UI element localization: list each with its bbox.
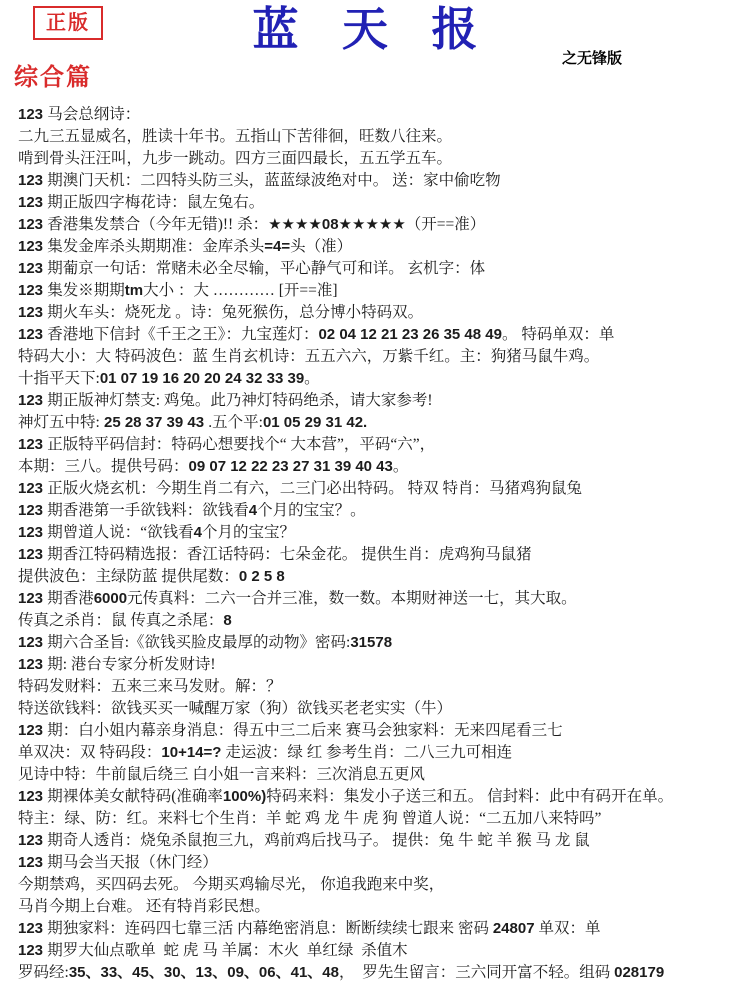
- text-segment: .五个平:: [208, 414, 263, 431]
- report-line: 123 马会总纲诗：: [18, 104, 724, 126]
- report-line: 123 期葡京一句话：常赌未必全尽输，平心静气可和详。 玄机字：体: [18, 258, 724, 280]
- report-line: 123 期澳门天机：二四特头防三头，蓝蓝绿波绝对中。 送：家中偷吃物: [18, 170, 724, 192]
- bold-text-segment: 123: [18, 194, 47, 211]
- report-line: 123 期: 港台专家分析发财诗!: [18, 654, 724, 676]
- report-line: 特码大小：大 特码波色：蓝 生肖玄机诗：五五六六，万紫千红。主：狗猪马鼠牛鸡。: [18, 346, 724, 368]
- text-segment: 期: 港台专家分析发财诗!: [47, 656, 215, 673]
- bold-text-segment: 123: [18, 942, 47, 959]
- edition-label: 之无锋版: [562, 47, 622, 68]
- text-segment: 马肖今期上台难。 还有特肖彩民想。: [18, 898, 270, 915]
- report-line: 123 期曾道人说：“欲钱看4个月的宝宝？: [18, 522, 724, 544]
- text-segment: 。 特码单双：单: [502, 326, 614, 343]
- bold-text-segment: 4: [249, 502, 257, 519]
- text-segment: 期葡京一句话：常赌未必全尽输，平心静气可和详。 玄机字：体: [47, 260, 485, 277]
- text-segment: 期香港: [47, 590, 94, 607]
- report-line: 单双决：双 特码段：10+14=? 走运波：绿 红 参考生肖：二八三九可相连: [18, 742, 724, 764]
- bold-text-segment: 0 2 5 8: [239, 568, 285, 585]
- bold-text-segment: 25 28 37 39 43: [100, 414, 208, 431]
- bold-text-segment: 8: [223, 612, 231, 629]
- bold-text-segment: 123: [18, 282, 47, 299]
- report-line: 123 香港集发禁合（今年无错)!! 杀：★★★★08★★★★★（开==准）: [18, 214, 724, 236]
- text-segment: 期香港第一手欲钱料：欲钱看: [47, 502, 249, 519]
- text-segment: 期罗大仙点歌单 蛇 虎 马 羊属：木火 单红绿 杀值木: [47, 942, 407, 959]
- text-segment: 期马会当天报（休门经）: [47, 854, 218, 871]
- report-line: 罗码经:35、33、45、30、13、09、06、41、48， 罗先生留言：三六…: [18, 962, 724, 984]
- report-line: 123 期六合圣旨:《欲钱买脸皮最厚的动物》密码:31578: [18, 632, 724, 654]
- bold-text-segment: ★★★★08★★★★★: [268, 216, 406, 233]
- report-line: 马肖今期上台难。 还有特肖彩民想。: [18, 896, 724, 918]
- bold-text-segment: 123: [18, 304, 47, 321]
- text-segment: 元传真料：二六一合并三准，数一数。本期财神送一七，其大取。: [127, 590, 577, 607]
- bold-text-segment: 123: [18, 216, 47, 233]
- text-segment: 香港集发禁合（今年无错)!! 杀：: [47, 216, 268, 233]
- bold-text-segment: 123: [18, 238, 47, 255]
- bold-text-segment: 10+14=?: [161, 744, 221, 761]
- text-segment: 神灯五中特:: [18, 414, 100, 431]
- report-line: 123 期裸体美女献特码(准确率100%)特码来料：集发小子送三和五。 信封料：…: [18, 786, 724, 808]
- text-segment: 期奇人透肖：烧兔杀鼠抱三九，鸡前鸡后找马子。 提供：兔 牛 蛇 羊 猴 马 龙 …: [47, 832, 590, 849]
- report-line: 123 期香港6000元传真料：二六一合并三准，数一数。本期财神送一七，其大取。: [18, 588, 724, 610]
- bold-text-segment: 123: [18, 788, 47, 805]
- bold-text-segment: 123: [18, 656, 47, 673]
- bold-text-segment: 123: [18, 106, 47, 123]
- bold-text-segment: 123: [18, 722, 47, 739]
- bold-text-segment: 123: [18, 326, 47, 343]
- bold-text-segment: 35、33、45、30、13、09、06、41、48: [69, 964, 339, 981]
- bold-text-segment: 100%): [223, 788, 266, 805]
- text-segment: 期火车头：烧死龙 。诗：兔死猴伤，总分博小特码双。: [47, 304, 423, 321]
- text-segment: 期正版神灯禁支: 鸡兔。此乃神灯特码绝杀，请大家参考!: [47, 392, 432, 409]
- text-segment: 走运波：绿 红 参考生肖：二八三九可相连: [221, 744, 512, 761]
- text-segment: 期：白小姐内幕亲身消息：得五中三二后来 赛马会独家料：无来四尾看三七: [47, 722, 562, 739]
- bold-text-segment: 02 04 12 21 23 26 35 48 49: [318, 326, 502, 343]
- bold-text-segment: 123: [18, 502, 47, 519]
- bold-text-segment: 123: [18, 260, 47, 277]
- text-segment: 二九三五显威名，胜读十年书。五指山下苦徘徊，旺数八往来。: [18, 128, 452, 145]
- text-segment: 提供波色：主绿防蓝 提供尾数：: [18, 568, 239, 585]
- text-segment: 。: [304, 370, 320, 387]
- text-segment: 头（准）: [290, 238, 352, 255]
- bold-text-segment: 123: [18, 854, 47, 871]
- report-line: 十指平天下:01 07 19 16 20 20 24 32 33 39。: [18, 368, 724, 390]
- report-line: 提供波色：主绿防蓝 提供尾数：0 2 5 8: [18, 566, 724, 588]
- text-segment: 今期禁鸡，买四码去死。 今期买鸡输尽光， 你追我跑来中奖，: [18, 876, 444, 893]
- text-segment: 见诗中特：牛前鼠后绕三 白小姐一言来料：三次消息五更风: [18, 766, 425, 783]
- report-line: 123 期：白小姐内幕亲身消息：得五中三二后来 赛马会独家料：无来四尾看三七: [18, 720, 724, 742]
- bold-text-segment: 123: [18, 590, 47, 607]
- text-segment: ， 罗先生留言：三六同开富不轻。组码: [339, 964, 614, 981]
- text-segment: 传真之杀肖：鼠 传真之杀尾：: [18, 612, 223, 629]
- text-segment: 个月的宝宝？。: [257, 502, 366, 519]
- text-segment: 香港地下信封《千王之王》：九宝莲灯：: [47, 326, 318, 343]
- bold-text-segment: 123: [18, 436, 47, 453]
- bold-text-segment: 4: [194, 524, 202, 541]
- newspaper-page: 正版 蓝 天 报 之无锋版 综合篇 123 马会总纲诗：二九三五显威名，胜读十年…: [0, 0, 730, 992]
- bold-text-segment: 01 05 29 31 42.: [263, 414, 367, 431]
- report-line: 123 正版火烧玄机：今期生肖二有六，二三门必出特码。 特双 特肖：马猪鸡狗鼠兔: [18, 478, 724, 500]
- report-line: 特主：绿、防：红。来料七个生肖：羊 蛇 鸡 龙 牛 虎 狗 曾道人说：“二五加八…: [18, 808, 724, 830]
- bold-text-segment: 028179: [614, 964, 664, 981]
- text-segment: 本期：三八。提供号码：: [18, 458, 189, 475]
- text-segment: 期正版四字梅花诗：鼠左兔右。: [47, 194, 264, 211]
- report-line: 123 香港地下信封《千王之王》：九宝莲灯：02 04 12 21 23 26 …: [18, 324, 724, 346]
- text-segment: 个月的宝宝？: [202, 524, 295, 541]
- report-line: 特码发财料：五来三来马发财。解：？: [18, 676, 724, 698]
- report-line: 123 期奇人透肖：烧兔杀鼠抱三九，鸡前鸡后找马子。 提供：兔 牛 蛇 羊 猴 …: [18, 830, 724, 852]
- text-segment: 单双决：双 特码段：: [18, 744, 161, 761]
- report-line: 见诗中特：牛前鼠后绕三 白小姐一言来料：三次消息五更风: [18, 764, 724, 786]
- bold-text-segment: 123: [18, 832, 47, 849]
- report-line: 123 期独家料：连码四七靠三活 内幕绝密消息：断断续续七跟来 密码 24807…: [18, 918, 724, 940]
- report-line: 传真之杀肖：鼠 传真之杀尾：8: [18, 610, 724, 632]
- text-segment: 期曾道人说：“欲钱看: [47, 524, 193, 541]
- report-line: 123 期正版四字梅花诗：鼠左兔右。: [18, 192, 724, 214]
- text-segment: 罗码经:: [18, 964, 69, 981]
- report-line: 123 期香江特码精选报：香江话特码：七朵金花。 提供生肖：虎鸡狗马鼠猪: [18, 544, 724, 566]
- text-segment: 期裸体美女献特码(准确率: [47, 788, 223, 805]
- report-line: 123 期香港第一手欲钱料：欲钱看4个月的宝宝？。: [18, 500, 724, 522]
- text-segment: （开==准）: [406, 216, 485, 233]
- text-segment: 特主：绿、防：红。来料七个生肖：羊 蛇 鸡 龙 牛 虎 狗 曾道人说：“二五加八…: [18, 810, 601, 827]
- bold-text-segment: tm: [125, 282, 143, 299]
- report-line: 123 期马会当天报（休门经）: [18, 852, 724, 874]
- bold-text-segment: 123: [18, 546, 47, 563]
- bold-text-segment: 31578: [350, 634, 392, 651]
- text-segment: 正版火烧玄机：今期生肖二有六，二三门必出特码。 特双 特肖：马猪鸡狗鼠兔: [47, 480, 582, 497]
- text-segment: 特送欲钱料：欲钱买买一喊醒万家（狗）欲钱买老老实实（牛）: [18, 700, 452, 717]
- section-title: 综合篇: [14, 57, 92, 92]
- bold-text-segment: 123: [18, 920, 47, 937]
- text-segment: 十指平天下:: [18, 370, 100, 387]
- text-segment: 。: [393, 458, 409, 475]
- bold-text-segment: 123: [18, 524, 47, 541]
- text-segment: 期六合圣旨:《欲钱买脸皮最厚的动物》密码:: [47, 634, 350, 651]
- report-line: 二九三五显威名，胜读十年书。五指山下苦徘徊，旺数八往来。: [18, 126, 724, 148]
- report-line: 123 期正版神灯禁支: 鸡兔。此乃神灯特码绝杀，请大家参考!: [18, 390, 724, 412]
- report-line: 123 期火车头：烧死龙 。诗：兔死猴伤，总分博小特码双。: [18, 302, 724, 324]
- text-segment: 大小 ：大 ………… [开==准]: [143, 282, 337, 299]
- bold-text-segment: 01 07 19 16 20 20 24 32 33 39: [100, 370, 304, 387]
- report-line: 本期：三八。提供号码：09 07 12 22 23 27 31 39 40 43…: [18, 456, 724, 478]
- report-body: 123 马会总纲诗：二九三五显威名，胜读十年书。五指山下苦徘徊，旺数八往来。啃到…: [18, 104, 724, 984]
- text-segment: 马会总纲诗：: [47, 106, 140, 123]
- bold-text-segment: 24807: [493, 920, 535, 937]
- report-line: 123 期罗大仙点歌单 蛇 虎 马 羊属：木火 单红绿 杀值木: [18, 940, 724, 962]
- bold-text-segment: 6000: [94, 590, 127, 607]
- bold-text-segment: 123: [18, 634, 47, 651]
- bold-text-segment: 123: [18, 480, 47, 497]
- report-line: 神灯五中特: 25 28 37 39 43 .五个平:01 05 29 31 4…: [18, 412, 724, 434]
- text-segment: 特码发财料：五来三来马发财。解：？: [18, 678, 282, 695]
- text-segment: 期香江特码精选报：香江话特码：七朵金花。 提供生肖：虎鸡狗马鼠猪: [47, 546, 531, 563]
- text-segment: 集发金库杀头期期准：金库杀头: [47, 238, 264, 255]
- text-segment: 特码大小：大 特码波色：蓝 生肖玄机诗：五五六六，万紫千红。主：狗猪马鼠牛鸡。: [18, 348, 599, 365]
- text-segment: 啃到骨头汪汪叫，九步一跳动。四方三面四最长，五五学五车。: [18, 150, 452, 167]
- report-line: 123 正版特平码信封：特码心想要找个“ 大本营”，平码“六”，: [18, 434, 724, 456]
- text-segment: 特码来料：集发小子送三和五。 信封料：此中有码开在单。: [266, 788, 673, 805]
- bold-text-segment: 09 07 12 22 23 27 31 39 40 43: [189, 458, 393, 475]
- text-segment: 期澳门天机：二四特头防三头，蓝蓝绿波绝对中。 送：家中偷吃物: [47, 172, 500, 189]
- report-line: 啃到骨头汪汪叫，九步一跳动。四方三面四最长，五五学五车。: [18, 148, 724, 170]
- text-segment: 单双：单: [535, 920, 601, 937]
- report-line: 今期禁鸡，买四码去死。 今期买鸡输尽光， 你追我跑来中奖，: [18, 874, 724, 896]
- text-segment: 集发※期期: [47, 282, 125, 299]
- bold-text-segment: 123: [18, 172, 47, 189]
- report-line: 特送欲钱料：欲钱买买一喊醒万家（狗）欲钱买老老实实（牛）: [18, 698, 724, 720]
- text-segment: 期独家料：连码四七靠三活 内幕绝密消息：断断续续七跟来 密码: [47, 920, 493, 937]
- report-line: 123 集发金库杀头期期准：金库杀头=4=头（准）: [18, 236, 724, 258]
- bold-text-segment: 123: [18, 392, 47, 409]
- bold-text-segment: =4=: [264, 238, 290, 255]
- report-line: 123 集发※期期tm大小 ：大 ………… [开==准]: [18, 280, 724, 302]
- text-segment: 正版特平码信封：特码心想要找个“ 大本营”，平码“六”，: [47, 436, 435, 453]
